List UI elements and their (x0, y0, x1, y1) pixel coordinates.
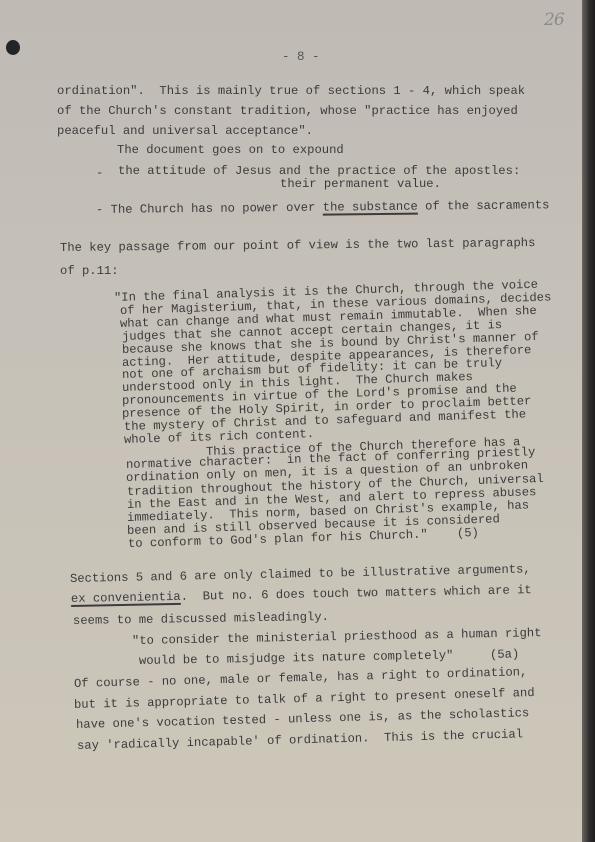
punch-hole (6, 40, 20, 55)
text-line: of the Church's constant tradition, whos… (57, 104, 518, 118)
bullet-dash: - (96, 166, 103, 180)
underlined-text: ex convenientia (71, 590, 181, 606)
text-line: peaceful and universal acceptance". (57, 124, 313, 138)
text-line: The document goes on to expound (117, 143, 344, 157)
list-item: the attitude of Jesus and the practice o… (118, 164, 520, 178)
text-segment: - The Church has no power over (96, 201, 323, 217)
page-number: - 8 - (282, 50, 320, 64)
underlined-text: the substance (323, 200, 418, 215)
text-line: ordination". This is mainly true of sect… (57, 84, 525, 98)
page-edge-shadow (582, 0, 595, 842)
text-segment: of the sacraments (418, 198, 550, 213)
text-line: of p.11: (60, 264, 119, 278)
list-item-continuation: their permanent value. (280, 177, 441, 191)
handwritten-folio-number: 26 (544, 10, 564, 30)
